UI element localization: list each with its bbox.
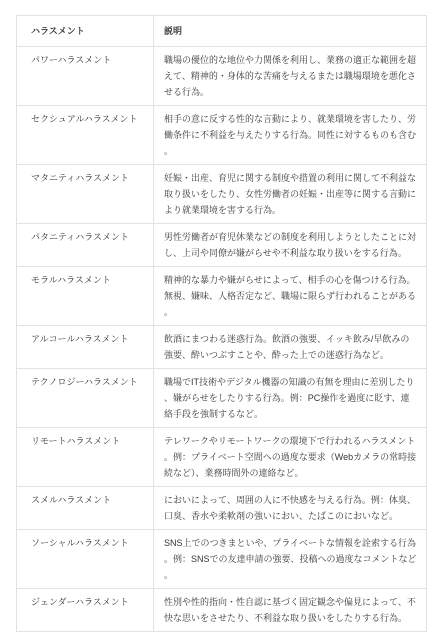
table-row: テクノロジーハラスメント職場でIT技術やデジタル機器の知識の有無を理由に差別した… [17, 369, 427, 428]
harassment-type-cell: マタニティハラスメント [17, 165, 154, 224]
table-row: アルコールハラスメント飲酒にまつわる迷惑行為。飲酒の強要、イッキ飲み/早飲みの強… [17, 326, 427, 369]
harassment-type-cell: パタニティハラスメント [17, 224, 154, 267]
table-row: リモートハラスメントテレワークやリモートワークの環境下で行われるハラスメント。例… [17, 428, 427, 487]
harassment-description-cell: 飲酒にまつわる迷惑行為。飲酒の強要、イッキ飲み/早飲みの強要、酔いつぶすことや、… [154, 326, 427, 369]
table-row: パタニティハラスメント男性労働者が育児休業などの制度を利用しようとしたことに対し… [17, 224, 427, 267]
harassment-type-cell: モラルハラスメント [17, 267, 154, 326]
harassment-type-cell: セクシュアルハラスメント [17, 106, 154, 165]
harassment-type-cell: スメルハラスメント [17, 487, 154, 530]
harassment-description-cell: 職場でIT技術やデジタル機器の知識の有無を理由に差別したり、嫌がらせをしたりする… [154, 369, 427, 428]
harassment-description-cell: 相手の意に反する性的な言動により、就業環境を害したり、労働条件に不利益を与えたり… [154, 106, 427, 165]
description-column-header: 説明 [154, 16, 427, 47]
harassment-type-column-header: ハラスメント [17, 16, 154, 47]
harassment-description-cell: 精神的な暴力や嫌がらせによって、相手の心を傷つける行為。無視、嫌味、人格否定など… [154, 267, 427, 326]
harassment-table: ハラスメント 説明 パワーハラスメント職場の優位的な地位や力関係を利用し、業務の… [16, 15, 427, 632]
table-row: スメルハラスメントにおいによって、周囲の人に不快感を与える行為。例：体臭、口臭、… [17, 487, 427, 530]
table-row: モラルハラスメント精神的な暴力や嫌がらせによって、相手の心を傷つける行為。無視、… [17, 267, 427, 326]
harassment-description-cell: テレワークやリモートワークの環境下で行われるハラスメント。例：プライベート空間へ… [154, 428, 427, 487]
harassment-description-cell: 妊娠・出産、育児に関する制度や措置の利用に関して不利益な取り扱いをしたり、女性労… [154, 165, 427, 224]
harassment-type-cell: テクノロジーハラスメント [17, 369, 154, 428]
table-header-row: ハラスメント 説明 [17, 16, 427, 47]
harassment-description-cell: 男性労働者が育児休業などの制度を利用しようとしたことに対し、上司や同僚が嫌がらせ… [154, 224, 427, 267]
harassment-description-cell: においによって、周囲の人に不快感を与える行為。例：体臭、口臭、香水や柔軟剤の強い… [154, 487, 427, 530]
page: ハラスメント 説明 パワーハラスメント職場の優位的な地位や力関係を利用し、業務の… [0, 0, 441, 640]
harassment-type-cell: アルコールハラスメント [17, 326, 154, 369]
harassment-type-cell: リモートハラスメント [17, 428, 154, 487]
table-row: マタニティハラスメント妊娠・出産、育児に関する制度や措置の利用に関して不利益な取… [17, 165, 427, 224]
harassment-type-cell: ソーシャルハラスメント [17, 530, 154, 589]
table-row: ジェンダーハラスメント性別や性的指向・性自認に基づく固定観念や偏見によって、不快… [17, 589, 427, 632]
harassment-table-container: ハラスメント 説明 パワーハラスメント職場の優位的な地位や力関係を利用し、業務の… [16, 15, 426, 632]
harassment-type-cell: ジェンダーハラスメント [17, 589, 154, 632]
harassment-description-cell: 性別や性的指向・性自認に基づく固定観念や偏見によって、不快な思いをさせたり、不利… [154, 589, 427, 632]
harassment-type-cell: パワーハラスメント [17, 47, 154, 106]
table-row: パワーハラスメント職場の優位的な地位や力関係を利用し、業務の適正な範囲を超えて、… [17, 47, 427, 106]
harassment-description-cell: 職場の優位的な地位や力関係を利用し、業務の適正な範囲を超えて、精神的・身体的な苦… [154, 47, 427, 106]
harassment-description-cell: SNS上でのつきまといや、プライベートな情報を詮索する行為。例：SNSでの友達申… [154, 530, 427, 589]
table-row: セクシュアルハラスメント相手の意に反する性的な言動により、就業環境を害したり、労… [17, 106, 427, 165]
table-row: ソーシャルハラスメントSNS上でのつきまといや、プライベートな情報を詮索する行為… [17, 530, 427, 589]
